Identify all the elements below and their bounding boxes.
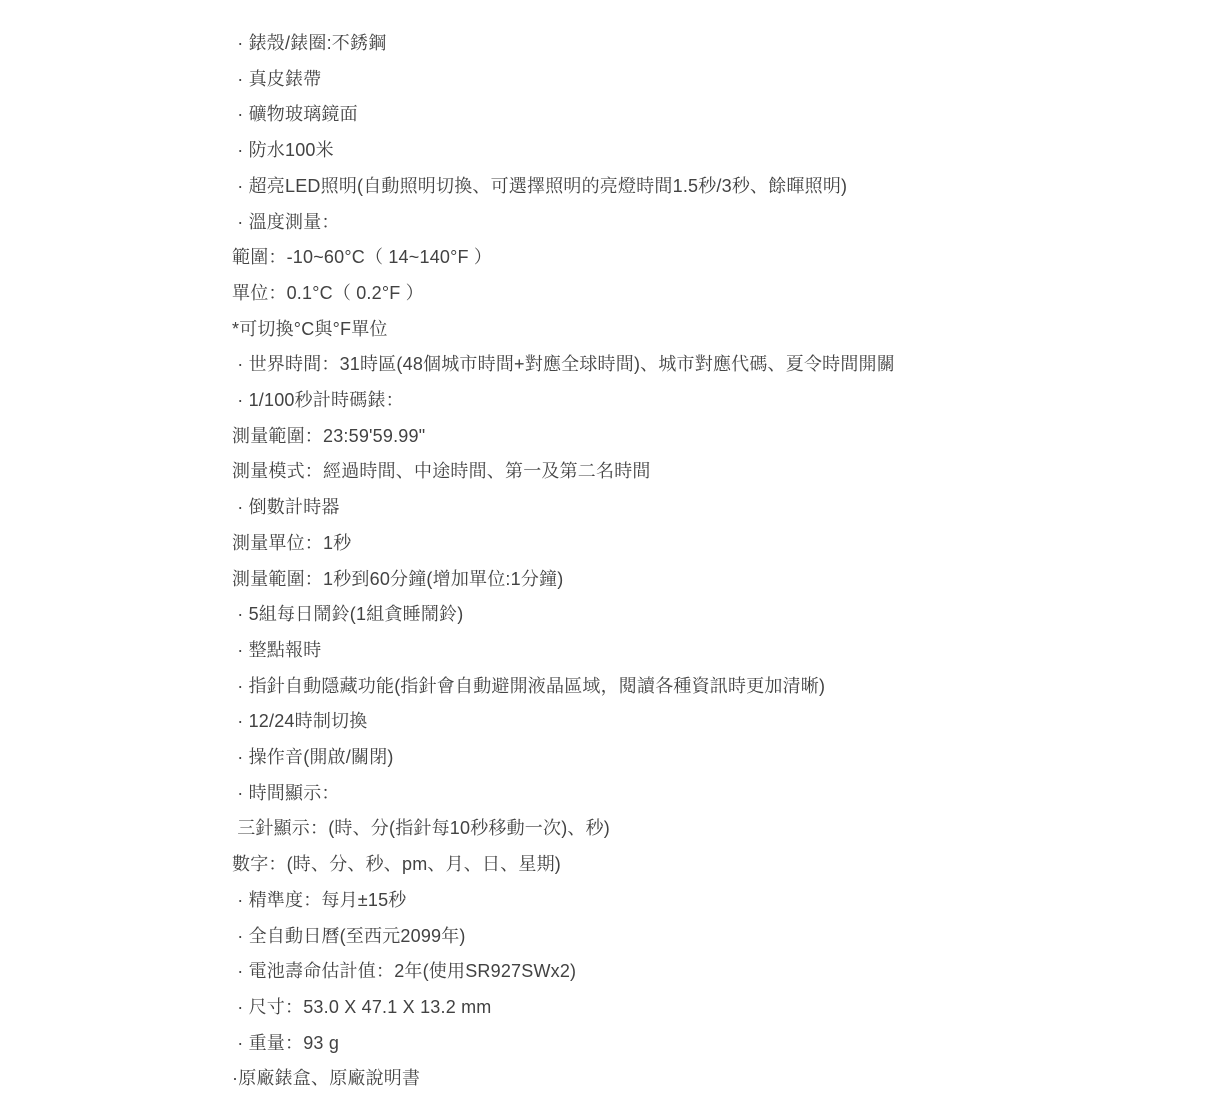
- spec-line: · 溫度測量：: [232, 205, 1172, 241]
- spec-line: *可切換°C與°F單位: [232, 312, 1172, 348]
- spec-line: · 錶殼/錶圈:不銹鋼: [232, 26, 1172, 62]
- spec-line: 測量範圍：23:59'59.99": [232, 419, 1172, 455]
- spec-line: ·原廠錶盒、原廠說明書: [232, 1061, 1172, 1097]
- spec-line: · 指針自動隱藏功能(指針會自動避開液晶區域，閱讀各種資訊時更加清晰): [232, 669, 1172, 705]
- spec-line: · 1/100秒計時碼錶：: [232, 383, 1172, 419]
- spec-line: · 全自動日曆(至西元2099年): [232, 919, 1172, 955]
- spec-line: · 真皮錶帶: [232, 62, 1172, 98]
- spec-line: 測量單位：1秒: [232, 526, 1172, 562]
- spec-line: 範圍：-10~60°C（ 14~140°F ）: [232, 240, 1172, 276]
- spec-line: · 時間顯示：: [232, 776, 1172, 812]
- spec-line: · 5組每日鬧鈴(1組貪睡鬧鈴): [232, 597, 1172, 633]
- spec-line: · 防水100米: [232, 133, 1172, 169]
- product-spec-page: { "page": { "background_color": "#ffffff…: [0, 0, 1225, 1110]
- spec-line: · 精準度：每月±15秒: [232, 883, 1172, 919]
- spec-line: · 礦物玻璃鏡面: [232, 97, 1172, 133]
- spec-line: · 整點報時: [232, 633, 1172, 669]
- spec-line: · 12/24時制切換: [232, 704, 1172, 740]
- spec-line: 三針顯示：(時、分(指針每10秒移動一次)、秒): [232, 811, 1172, 847]
- spec-line: · 世界時間：31時區(48個城市時間+對應全球時間)、城市對應代碼、夏令時間開…: [232, 347, 1172, 383]
- spec-line: · 重量：93 g: [232, 1026, 1172, 1062]
- spec-line: · 超亮LED照明(自動照明切換、可選擇照明的亮燈時間1.5秒/3秒、餘暉照明): [232, 169, 1172, 205]
- spec-line: · 電池壽命估計值：2年(使用SR927SWx2): [232, 954, 1172, 990]
- spec-line: 單位：0.1°C（ 0.2°F ）: [232, 276, 1172, 312]
- spec-line: · 操作音(開啟/關閉): [232, 740, 1172, 776]
- watch-spec-list: · 錶殼/錶圈:不銹鋼 · 真皮錶帶 · 礦物玻璃鏡面 · 防水100米 · 超…: [232, 26, 1172, 1097]
- spec-line: · 倒數計時器: [232, 490, 1172, 526]
- spec-line: 數字：(時、分、秒、pm、月、日、星期): [232, 847, 1172, 883]
- spec-line: 測量模式：經過時間、中途時間、第一及第二名時間: [232, 454, 1172, 490]
- spec-line: · 尺寸：53.0 X 47.1 X 13.2 mm: [232, 990, 1172, 1026]
- spec-line: 測量範圍：1秒到60分鐘(增加單位:1分鐘): [232, 562, 1172, 598]
